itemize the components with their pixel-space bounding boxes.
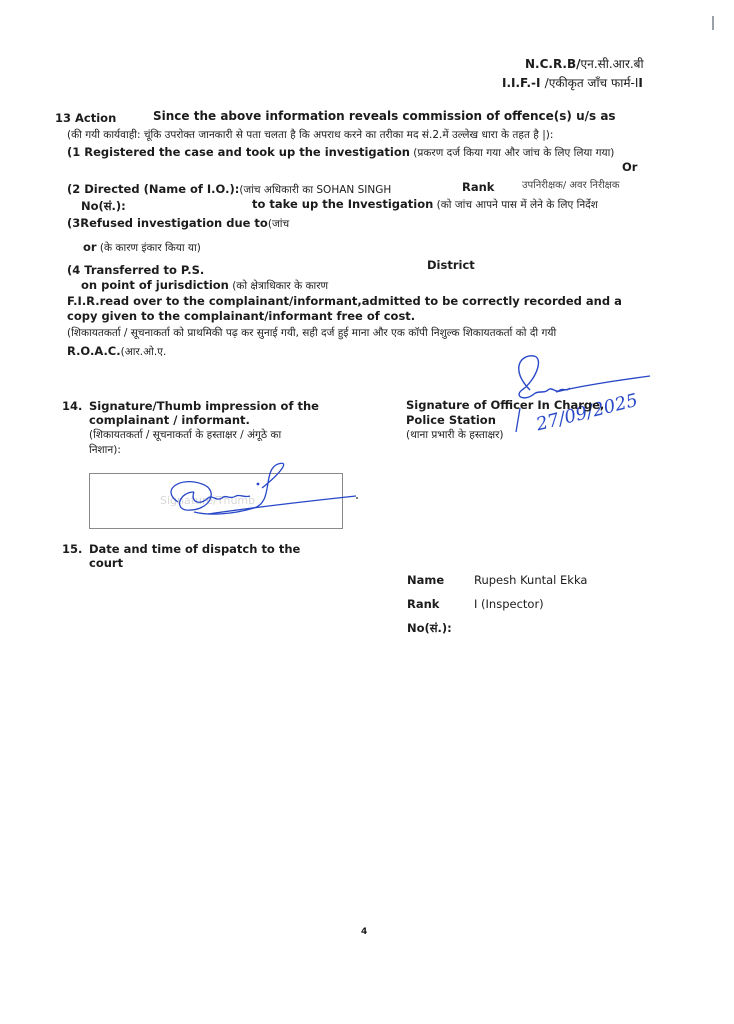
section-15-line-1: Date and time of dispatch to the xyxy=(89,542,300,556)
option-1-label: (1 Registered the case and took up the i… xyxy=(67,145,410,159)
officer-signature-label-1: Signature of Officer In Charge, xyxy=(406,398,604,412)
option-4-transferred: (4 Transferred to P.S. xyxy=(67,263,204,277)
option-1-hindi: (प्रकरण दर्ज किया गया और जांच के लिए लिय… xyxy=(410,147,614,159)
section-13-intro: Since the above information reveals comm… xyxy=(153,109,616,123)
roac-hindi: (आर.ओ.ए. xyxy=(121,346,167,358)
section-15-line-2: court xyxy=(89,556,123,570)
option-3-label: (3Refused investigation due to xyxy=(67,216,268,230)
option-3-refused: (3Refused investigation due to(जांच xyxy=(67,216,289,231)
roac-label: R.O.A.C. xyxy=(67,344,121,358)
option-3-hindi: (जांच xyxy=(268,218,289,230)
officer-signature-label-2: Police Station xyxy=(406,413,496,427)
io-name-value: SOHAN SINGH xyxy=(316,184,391,196)
ncrb-label: N.C.R.B/ xyxy=(525,57,581,71)
scan-edge-mark xyxy=(712,16,714,30)
roac-line: R.O.A.C.(आर.ओ.ए. xyxy=(67,344,166,359)
option-1-registered: (1 Registered the case and took up the i… xyxy=(67,145,614,160)
io-no-label: No(सं.): xyxy=(81,199,126,214)
officer-rank-value: I (Inspector) xyxy=(474,597,544,611)
option-2-directed: (2 Directed (Name of I.O.):(जांच अधिकारी… xyxy=(67,182,391,197)
dot-mark xyxy=(356,497,358,499)
complainant-signature-ink xyxy=(150,462,360,532)
or-hindi: (के कारण इंकार किया या) xyxy=(97,242,201,254)
ncrb-header: N.C.R.B/एन.सी.आर.बी xyxy=(525,55,644,72)
officer-no-label: No(सं.): xyxy=(407,621,452,636)
jurisdiction-line: on point of jurisdiction (को क्षेत्राधिक… xyxy=(81,278,328,293)
option-3-or-line: or (के कारण इंकार किया या) xyxy=(83,240,201,255)
iif-label: I.I.F.-I xyxy=(502,76,545,90)
jurisdiction-label: on point of jurisdiction xyxy=(81,278,229,292)
officer-signature-date: 27/09/2025 xyxy=(533,390,640,436)
section-13-number: 13 Action xyxy=(55,111,116,125)
rank-label: Rank xyxy=(462,180,494,194)
section-15-number: 15. xyxy=(62,542,82,556)
take-up-label: to take up the Investigation xyxy=(252,197,433,211)
section-14-hindi-line-2: निशान): xyxy=(89,443,121,457)
section-13-intro-hindi: (की गयी कार्यवाही: चूंकि उपरोक्त जानकारी… xyxy=(67,128,553,142)
take-up-investigation: to take up the Investigation (को जांच आप… xyxy=(252,197,598,212)
or-separator: Or xyxy=(622,160,637,174)
take-up-hindi: (को जांच आपने पास में लेने के लिए निर्दे… xyxy=(433,199,598,211)
officer-signature-ink: 27/09/2025 xyxy=(500,350,680,430)
officer-signature-hindi: (थाना प्रभारी के हस्ताक्षर) xyxy=(406,428,504,442)
fir-read-over-line-1: F.I.R.read over to the complainant/infor… xyxy=(67,294,622,308)
section-14-hindi-line-1: (शिकायतकर्ता / सूचनाकर्ता के हस्ताक्षर /… xyxy=(89,428,281,442)
district-label: District xyxy=(427,258,475,272)
section-14-number: 14. xyxy=(62,399,82,413)
officer-name-value: Rupesh Kuntal Ekka xyxy=(474,573,587,587)
or-label: or xyxy=(83,240,97,254)
fir-read-over-line-2: copy given to the complainant/informant … xyxy=(67,309,415,323)
officer-name-label: Name xyxy=(407,573,444,587)
rank-value-hindi: उपनिरीक्षक/ अवर निरीक्षक xyxy=(522,177,620,191)
option-2-hindi: (जांच अधिकारी का xyxy=(239,184,316,196)
option-2-label: (2 Directed (Name of I.O.): xyxy=(67,182,239,196)
fir-read-over-hindi: (शिकायतकर्ता / सूचनाकर्ता को प्राथमिकी प… xyxy=(67,326,556,340)
iif-label-hindi: /एकीकृत जाँच फार्म-I xyxy=(545,76,639,90)
officer-rank-label: Rank xyxy=(407,597,439,611)
page-number: 4 xyxy=(361,927,367,937)
section-14-line-1: Signature/Thumb impression of the xyxy=(89,399,319,413)
jurisdiction-hindi: (को क्षेत्राधिकार के कारण xyxy=(229,280,328,292)
ncrb-label-hindi: एन.सी.आर.बी xyxy=(581,57,644,71)
iif-header: I.I.F.-I /एकीकृत जाँच फार्म-II xyxy=(502,74,643,91)
section-14-line-2: complainant / informant. xyxy=(89,413,250,427)
